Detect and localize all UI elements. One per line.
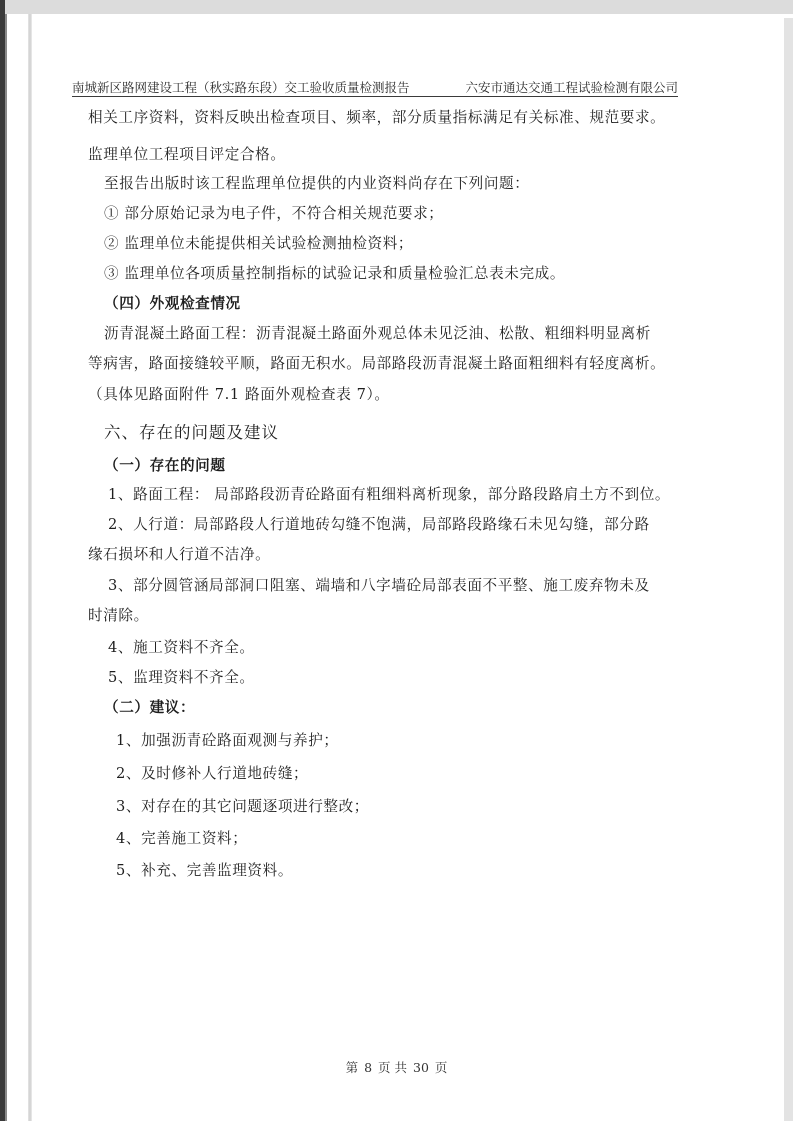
suggestion-item: 1、加强沥青砼路面观测与养护；: [116, 729, 339, 750]
header-divider: [72, 96, 678, 97]
problem-item: ① 部分原始记录为电子件，不符合相关规范要求；: [104, 202, 444, 223]
paragraph-line: 监理单位工程项目评定合格。: [88, 143, 286, 164]
issue-item: 4、施工资料不齐全。: [108, 636, 255, 657]
subsection-heading-issues: （一）存在的问题: [104, 454, 226, 475]
issue-item: 3、部分圆管涵局部洞口阻塞、端墙和八字墙砼局部表面不平整、施工废弃物未及: [108, 574, 650, 595]
paragraph-line: 等病害，路面接缝较平顺，路面无积水。局部路段沥青混凝土路面粗细料有轻度离析。: [88, 352, 665, 373]
page-suffix: 页: [435, 1060, 448, 1075]
company-name: 六安市通达交通工程试验检测有限公司: [465, 78, 678, 96]
problem-item: ③ 监理单位各项质量控制指标的试验记录和质量检验汇总表未完成。: [104, 262, 565, 283]
paragraph-line: 沥青混凝土路面工程：沥青混凝土路面外观总体未见泛油、松散、粗细料明显离析: [104, 322, 651, 343]
issue-item-continued: 缘石损坏和人行道不洁净。: [88, 543, 270, 564]
subsection-heading-suggestions: （二）建议：: [104, 696, 195, 717]
paragraph-line: 相关工序资料，资料反映出检查项目、频率，部分质量指标满足有关标准、规范要求。: [88, 106, 665, 127]
problem-item: ② 监理单位未能提供相关试验检测抽检资料；: [104, 232, 413, 253]
report-title: 南城新区路网建设工程（秋实路东段）交工验收质量检测报告: [72, 78, 410, 96]
total-pages: 30: [413, 1060, 429, 1075]
page-footer: 第8页 共30页: [0, 1058, 793, 1076]
suggestion-item: 4、完善施工资料；: [116, 827, 247, 848]
current-page-number: 8: [364, 1060, 372, 1075]
issue-item: 1、路面工程： 局部路段沥青砼路面有粗细料离析现象，部分路段路肩土方不到位。: [108, 483, 670, 504]
scan-edge-left-shadow: [5, 0, 7, 1121]
scan-edge-top: [5, 0, 793, 14]
suggestion-item: 5、补充、完善监理资料。: [116, 859, 293, 880]
section-heading-appearance: （四）外观检查情况: [104, 292, 241, 313]
issue-item: 2、人行道：局部路段人行道地砖勾缝不饱满，局部路段路缘石未见勾缝，部分路: [108, 513, 650, 534]
scan-fold-line: [28, 14, 32, 1121]
issue-item-continued: 时清除。: [88, 604, 149, 625]
suggestion-item: 2、及时修补人行道地砖缝；: [116, 762, 308, 783]
page-mid: 页 共: [378, 1060, 407, 1075]
page-prefix: 第: [346, 1060, 359, 1075]
suggestion-item: 3、对存在的其它问题逐项进行整改；: [116, 795, 369, 816]
page-header: 南城新区路网建设工程（秋实路东段）交工验收质量检测报告 六安市通达交通工程试验检…: [72, 78, 678, 96]
issue-item: 5、监理资料不齐全。: [108, 666, 255, 687]
scan-edge-right: [784, 18, 793, 1121]
section-heading-problems-suggestions: 六、存在的问题及建议: [104, 419, 279, 443]
problems-intro: 至报告出版时该工程监理单位提供的内业资料尚存在下列问题：: [104, 172, 529, 193]
paragraph-line: （具体见路面附件 7.1 路面外观检查表 7）。: [88, 383, 390, 404]
